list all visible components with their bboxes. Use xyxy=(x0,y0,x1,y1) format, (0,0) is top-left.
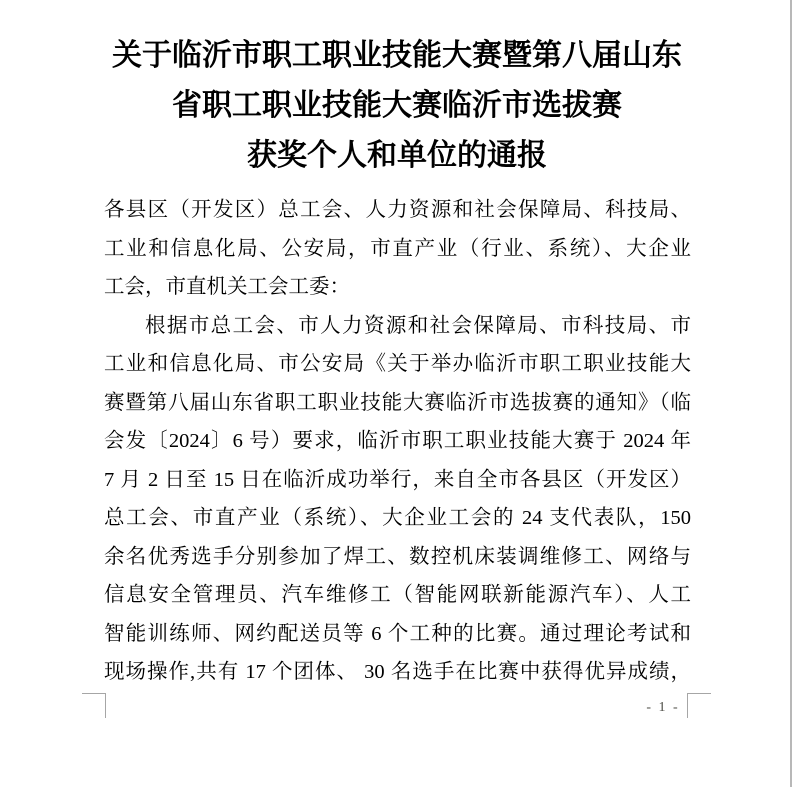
body-line: 现场操作,共有 17 个团体、 30 名选手在比赛中获得优异成绩， xyxy=(104,653,691,692)
document-page: 关于临沂市职工职业技能大赛暨第八届山东 省职工职业技能大赛临沂市选拔赛 获奖个人… xyxy=(0,0,794,787)
body-line: 工会，市直机关工会工委： xyxy=(104,268,691,307)
body-line: 赛暨第八届山东省职工职业技能大赛临沂市选拔赛的通知》（临 xyxy=(104,384,691,423)
text-boundary-mark-bottom-left xyxy=(82,693,106,718)
page-number: - 1 - xyxy=(610,700,716,718)
document-title: 关于临沂市职工职业技能大赛暨第八届山东 省职工职业技能大赛临沂市选拔赛 获奖个人… xyxy=(52,31,742,181)
body-line: 工业和信息化局、公安局，市直产业（行业、系统）、大企业 xyxy=(104,230,691,269)
title-line-2: 省职工职业技能大赛临沂市选拔赛 xyxy=(52,81,742,131)
body-line: 各县区（开发区）总工会、人力资源和社会保障局、科技局、 xyxy=(104,191,691,230)
paragraph-main: 根据市总工会、市人力资源和社会保障局、市科技局、市 工业和信息化局、市公安局《关… xyxy=(104,307,691,692)
body-line: 总工会、市直产业（系统）、大企业工会的 24 支代表队，150 xyxy=(104,499,691,538)
body-line: 余名优秀选手分别参加了焊工、数控机床装调维修工、网络与 xyxy=(104,538,691,577)
body-line: 智能训练师、网约配送员等 6 个工种的比赛。通过理论考试和 xyxy=(104,615,691,654)
title-line-1: 关于临沂市职工职业技能大赛暨第八届山东 xyxy=(52,31,742,81)
title-line-3: 获奖个人和单位的通报 xyxy=(52,131,742,181)
body-line: 工业和信息化局、市公安局《关于举办临沂市职工职业技能大 xyxy=(104,345,691,384)
body-line: 根据市总工会、市人力资源和社会保障局、市科技局、市 xyxy=(104,307,691,346)
body-line: 信息安全管理员、汽车维修工（智能网联新能源汽车）、人工 xyxy=(104,576,691,615)
paragraph-recipients: 各县区（开发区）总工会、人力资源和社会保障局、科技局、 工业和信息化局、公安局，… xyxy=(104,191,691,307)
page-edge-line xyxy=(790,0,792,787)
body-line: 会发〔2024〕6 号）要求，临沂市职工职业技能大赛于 2024 年 xyxy=(104,422,691,461)
document-body: 各县区（开发区）总工会、人力资源和社会保障局、科技局、 工业和信息化局、公安局，… xyxy=(104,191,691,692)
body-line: 7 月 2 日至 15 日在临沂成功举行，来自全市各县区（开发区） xyxy=(104,461,691,500)
